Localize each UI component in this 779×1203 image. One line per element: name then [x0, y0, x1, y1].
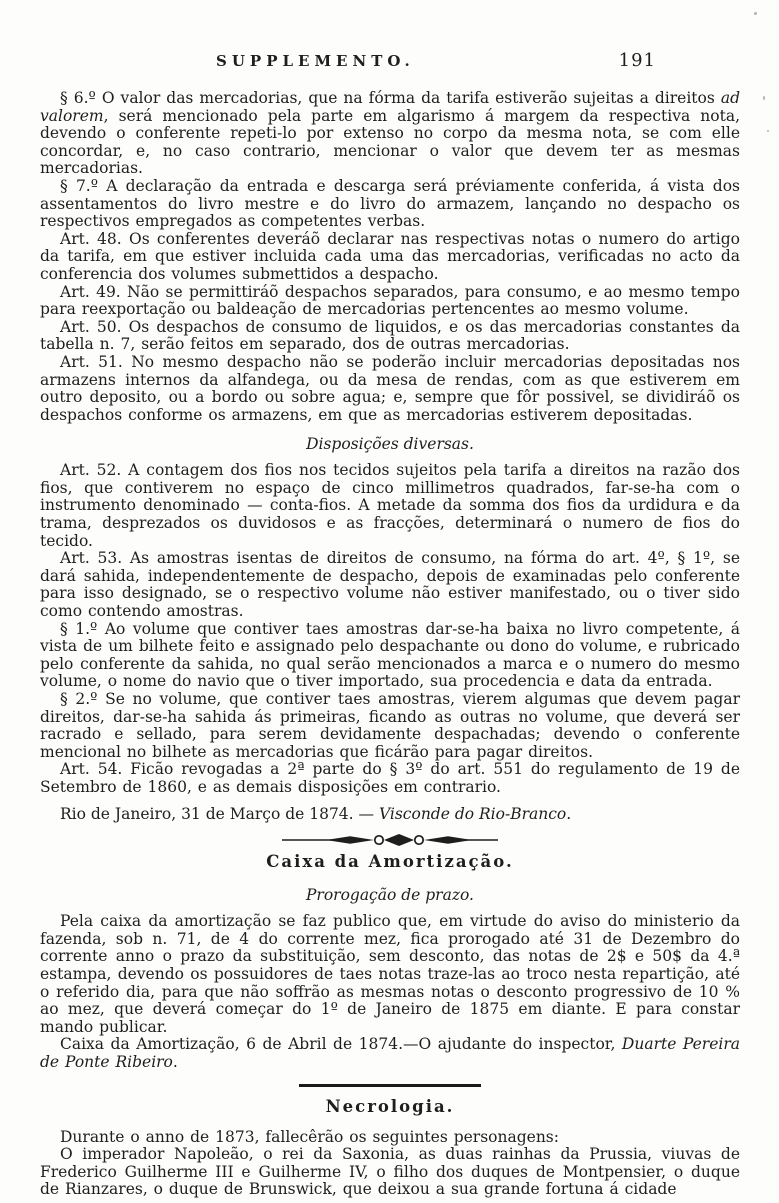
paragraph-necrologia-list: O imperador Napoleão, o rei da Saxonia, … — [40, 1146, 740, 1199]
scan-speck — [754, 12, 757, 15]
paragraph-art-54: Art. 54. Ficão revogadas a 2ª parte do §… — [40, 761, 740, 796]
section-divider-rule — [299, 1084, 481, 1087]
paragraph-art-48: Art. 48. Os conferentes deveráõ declarar… — [40, 231, 740, 284]
scan-speck — [763, 96, 765, 100]
scan-speck — [767, 130, 769, 132]
paragraph-section-6: § 6.º O valor das mercadorias, que na fó… — [40, 90, 740, 178]
paragraph-art-50: Art. 50. Os despachos de consumo de liqu… — [40, 319, 740, 354]
paragraph-text: , será mencionado pela parte em algarism… — [40, 107, 740, 178]
dateline-text: Rio de Janeiro, 31 de Março de 1874. — — [60, 805, 379, 823]
subsection-heading-prorogacao-de-prazo: Prorogação de prazo. — [40, 886, 740, 904]
paragraph-art-51: Art. 51. No mesmo despacho não se poderã… — [40, 354, 740, 424]
signer-name: Visconde do Rio-Branco — [379, 805, 566, 823]
running-title: SUPPLEMENTO. — [216, 52, 415, 70]
page-number: 191 — [619, 50, 656, 71]
paragraph-art-49: Art. 49. Não se permittiráõ despachos se… — [40, 284, 740, 319]
paragraph-caixa-signature: Caixa da Amortização, 6 de Abril de 1874… — [40, 1036, 740, 1071]
paragraph-text: § 6.º O valor das mercadorias, que na fó… — [60, 89, 721, 107]
paragraph-necrologia-intro: Durante o anno de 1873, fallecêrão os se… — [40, 1129, 740, 1147]
section-heading-caixa-da-amortizacao: Caixa da Amortização. — [40, 852, 740, 871]
signature-text: Caixa da Amortização, 6 de Abril de 1874… — [60, 1035, 622, 1053]
page-header: SUPPLEMENTO. 191 — [40, 52, 740, 78]
section-heading-necrologia: Necrologia. — [40, 1097, 740, 1116]
dateline-text: . — [566, 805, 571, 823]
paragraph-section-1: § 1.º Ao volume que contiver taes amostr… — [40, 621, 740, 691]
scanned-document-page: SUPPLEMENTO. 191 § 6.º O valor das merca… — [0, 0, 779, 1203]
text-block: SUPPLEMENTO. 191 § 6.º O valor das merca… — [40, 52, 740, 1199]
dateline-signature: Rio de Janeiro, 31 de Março de 1874. — V… — [40, 806, 740, 824]
signature-text: . — [173, 1053, 178, 1071]
subsection-heading-disposicoes-diversas: Disposições diversas. — [40, 435, 740, 453]
paragraph-section-2: § 2.º Se no volume, que contiver taes am… — [40, 691, 740, 761]
paragraph-aviso-caixa: Pela caixa da amortização se faz publico… — [40, 913, 740, 1036]
ornament-divider-icon — [280, 832, 500, 848]
paragraph-art-52: Art. 52. A contagem dos fios nos tecidos… — [40, 462, 740, 550]
paragraph-art-53: Art. 53. As amostras isentas de direitos… — [40, 550, 740, 620]
paragraph-section-7: § 7.º A declaração da entrada e descarga… — [40, 178, 740, 231]
